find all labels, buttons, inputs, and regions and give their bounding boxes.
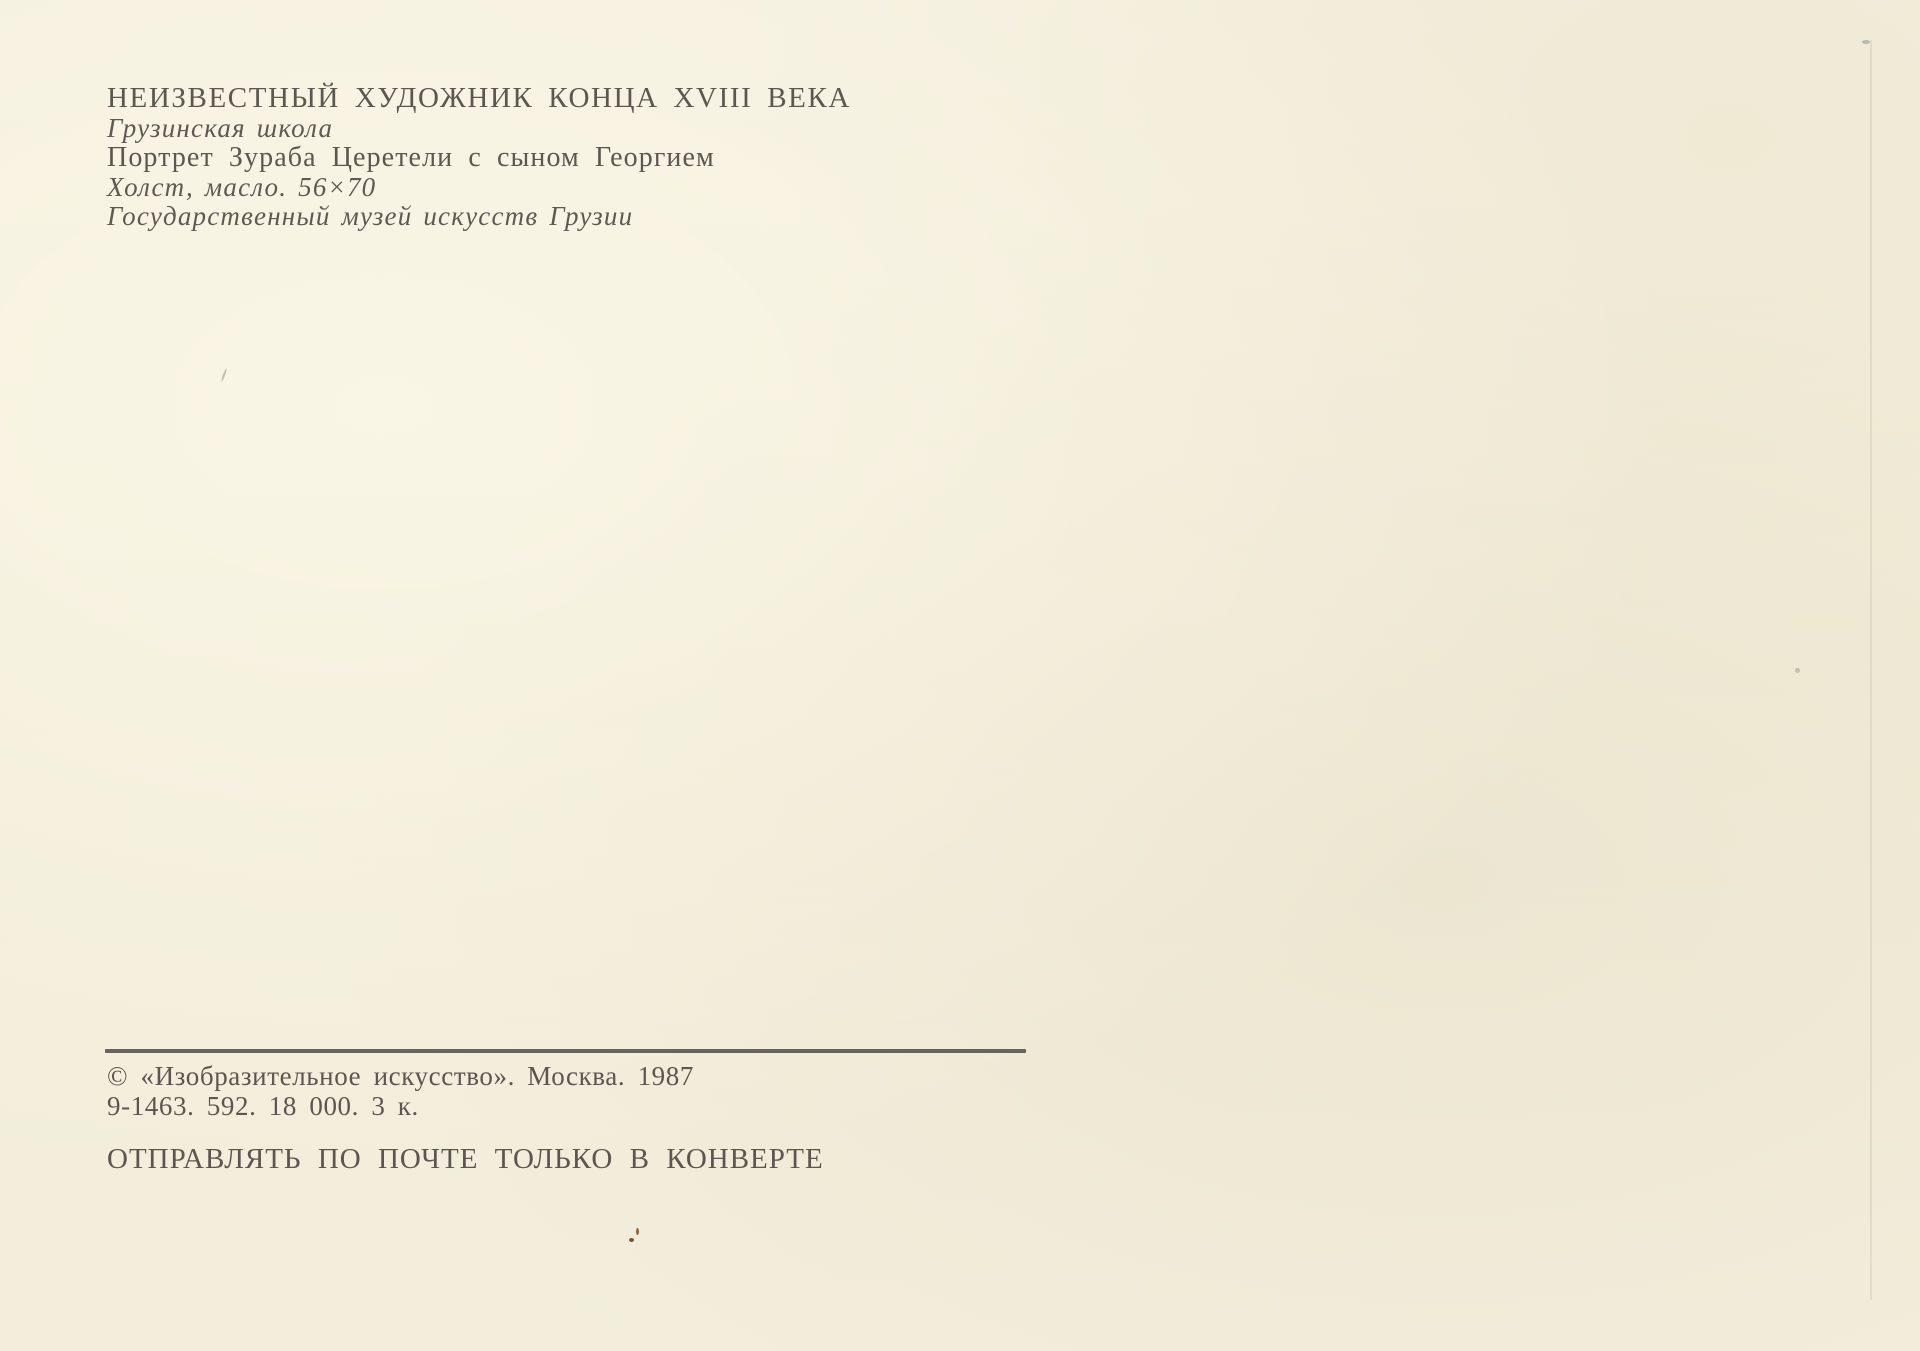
mailing-notice: ОТПРАВЛЯТЬ ПО ПОЧТЕ ТОЛЬКО В КОНВЕРТЕ: [107, 1143, 824, 1176]
paper-speck: [629, 1238, 634, 1242]
artwork-caption: НЕИЗВЕСТНЫЙ ХУДОЖНИК КОНЦА XVIII ВЕКА Гр…: [107, 84, 1027, 232]
artwork-title: Портрет Зураба Церетели с сыном Георгием: [107, 143, 1027, 173]
museum-name: Государственный музей искусств Грузии: [107, 202, 1027, 232]
paper-speck: [1862, 40, 1870, 44]
postcard-back: НЕИЗВЕСТНЫЙ ХУДОЖНИК КОНЦА XVIII ВЕКА Гр…: [0, 0, 1920, 1351]
copyright-line: © «Изобразительное искусство». Москва. 1…: [107, 1061, 1027, 1091]
art-school: Грузинская школа: [107, 114, 1027, 144]
artist-name: НЕИЗВЕСТНЫЙ ХУДОЖНИК КОНЦА XVIII ВЕКА: [107, 84, 1027, 114]
publisher-imprint: © «Изобразительное искусство». Москва. 1…: [107, 1061, 1027, 1121]
print-info-line: 9-1463. 592. 18 000. 3 к.: [107, 1091, 1027, 1121]
divider-rule: [105, 1049, 1026, 1053]
paper-mark: [221, 368, 228, 382]
artwork-medium: Холст, масло. 56×70: [107, 173, 1027, 203]
paper-speck: [1795, 668, 1800, 673]
paper-edge-shadow: [1870, 40, 1872, 1300]
paper-speck: [636, 1228, 639, 1235]
